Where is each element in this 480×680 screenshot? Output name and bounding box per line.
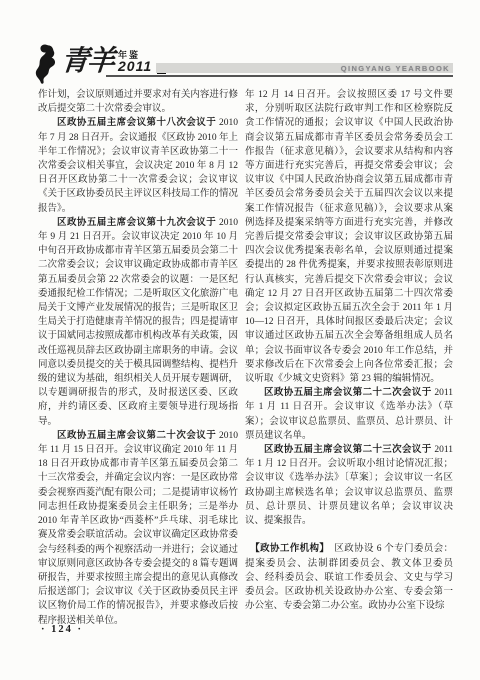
- page-number: · 124 ·: [41, 624, 83, 635]
- header-rule: [106, 75, 453, 77]
- paragraph: 作计划，会议原则通过并要求对有关内容进行修改后提交第二十次常委会审议。: [38, 88, 238, 116]
- logo-year: 2011: [118, 60, 152, 73]
- paragraph-work-organs: 【政协工作机构】 区政协设 6 个专门委员会：提案委员会、法制群团委员会、教文体…: [245, 542, 453, 613]
- header-banner-bar: QINGYANG YEARBOOK: [156, 63, 453, 73]
- paragraph-text: 2010 年 9 月 21 日召开。会议审议决定 2010 年 10 月中旬召开…: [38, 218, 238, 427]
- yearbook-logo: 青羊 年鉴 2011: [33, 44, 166, 84]
- paragraph-lead: 区政协五届主席会议第二十二次会议于: [264, 388, 432, 398]
- paragraph-lead: 区政协五届主席会议第十九次会议于: [57, 218, 216, 228]
- paragraph-lead: 【政协工作机构】: [250, 544, 324, 554]
- left-column: 作计划，会议原则通过并要求对有关内容进行修改后提交第二十次常委会审议。 区政协五…: [38, 88, 238, 626]
- yearbook-page: 青羊 年鉴 2011 QINGYANG YEARBOOK 作计划，会议原则通过并…: [0, 0, 480, 680]
- paragraph: 区政协五届主席会议第二十次会议于 2010 年 11 月 15 日召开。会议审议…: [38, 429, 238, 626]
- goat-logo-icon: [33, 44, 59, 84]
- text-columns: 作计划，会议原则通过并要求对有关内容进行修改后提交第二十次常委会审议。 区政协五…: [38, 88, 453, 626]
- paragraph-lead: 区政协五届主席会议第二十三次会议于: [264, 445, 432, 455]
- banner-text: QINGYANG YEARBOOK: [341, 64, 450, 73]
- paragraph-lead: 区政协五届主席会议第十八次会议于: [57, 118, 216, 128]
- paragraph-text: 2011 年 1 月 12 日召开。会议听取小组讨论情况汇报；会议审议《选举办法…: [245, 445, 453, 526]
- paragraph: 年 12 月 14 日召开。会议按照区委 17 号文件要求，分别听取区法院行政审…: [245, 88, 453, 386]
- paragraph-text: 年 12 月 14 日召开。会议按照区委 17 号文件要求，分别听取区法院行政审…: [245, 90, 453, 384]
- logo-title-stack: 年鉴 2011: [118, 44, 152, 73]
- paragraph-text: 2010 年 11 月 15 日召开。会议审议确定 2010 年 11 月 18…: [38, 431, 238, 626]
- paragraph-text: 作计划，会议原则通过并要求对有关内容进行修改后提交第二十次常委会审议。: [38, 90, 238, 114]
- right-column: 年 12 月 14 日召开。会议按照区委 17 号文件要求，分别听取区法院行政审…: [245, 88, 453, 626]
- paragraph: 区政协五届主席会议第十九次会议于 2010 年 9 月 21 日召开。会议审议决…: [38, 216, 238, 429]
- paragraph-text: 区政协设 6 个专门委员会：提案委员会、法制群团委员会、教文体卫委员会、经科委员…: [245, 544, 453, 611]
- paragraph-text: 2010 年 7 月 28 日召开。会议通报《区政协 2010 年上半年工作情况…: [38, 118, 238, 213]
- paragraph: 区政协五届主席会议第二十三次会议于 2011 年 1 月 12 日召开。会议听取…: [245, 443, 453, 528]
- paragraph: 区政协五届主席会议第十八次会议于 2010 年 7 月 28 日召开。会议通报《…: [38, 116, 238, 215]
- page-header: 青羊 年鉴 2011 QINGYANG YEARBOOK: [0, 0, 480, 88]
- paragraph-lead: 区政协五届主席会议第二十次会议于: [57, 431, 216, 441]
- paragraph: 区政协五届主席会议第二十二次会议于 2011 年 1 月 11 日召开。会议审议…: [245, 386, 453, 443]
